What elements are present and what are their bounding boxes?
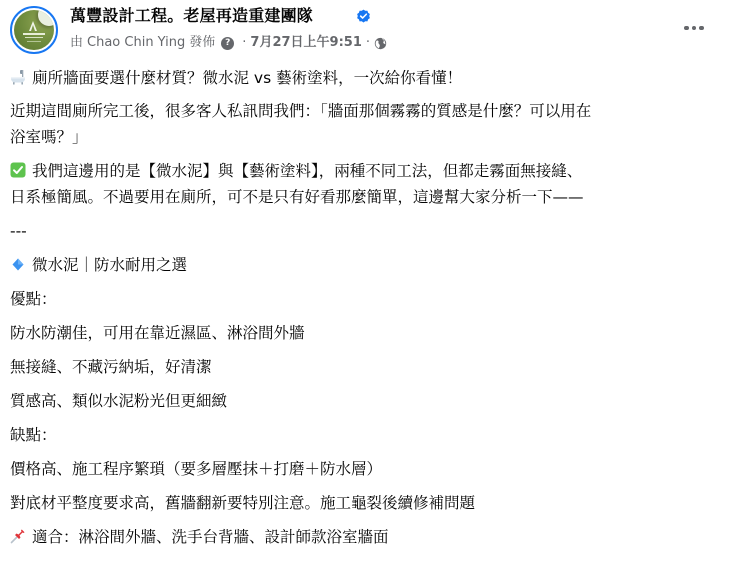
verified-badge-icon xyxy=(356,9,371,24)
pros-item: 質感高、類似水泥粉光但更細緻 xyxy=(10,390,227,412)
section-heading-text: 微水泥｜防水耐用之選 xyxy=(32,256,187,274)
more-dot xyxy=(684,26,689,31)
more-dot xyxy=(699,26,704,31)
summary-line-2: 日系極簡風。不過要用在廁所，可不是只有好看那麼簡單，這邊幫大家分析一下—— xyxy=(10,186,584,208)
logo-mark-icon xyxy=(28,21,38,31)
author-link[interactable]: Chao Chin Ying xyxy=(87,34,185,52)
post-title-text: 廁所牆面要選什麼材質？微水泥 vs 藝術塗料，一次給你看懂！ xyxy=(32,69,462,87)
cons-label: 缺點： xyxy=(10,424,57,446)
post-meta: 由 Chao Chin Ying 發佈 ? · 7月27日上午9:51 · xyxy=(70,33,387,53)
divider-text: --- xyxy=(10,220,27,242)
page-name-link[interactable]: 萬豐設計工程。老屋再造重建團隊 xyxy=(70,6,313,26)
logo-text-line xyxy=(23,33,45,35)
intro-text-line-2: 浴室嗎？」 xyxy=(10,126,88,148)
bathtub-icon xyxy=(10,69,26,85)
post-header: 萬豐設計工程。老屋再造重建團隊 由 Chao Chin Ying 發佈 ? · … xyxy=(0,0,730,62)
separator-dot: · xyxy=(366,34,370,52)
globe-icon[interactable] xyxy=(374,37,387,50)
cons-item: 對底材平整度要求高，舊牆翻新要特別注意。施工龜裂後續修補問題 xyxy=(10,492,475,514)
logo-text-line xyxy=(25,37,43,38)
summary-line-1: 我們這邊用的是【微水泥】與【藝術塗料】，兩種不同工法，但都走霧面無接縫、 xyxy=(10,160,582,182)
separator-dot: · xyxy=(242,34,246,52)
pros-item: 防水防潮佳，可用在靠近濕區、淋浴間外牆 xyxy=(10,322,305,344)
cons-item: 價格高、施工程序繁瑣（要多層壓抹＋打磨＋防水層） xyxy=(10,458,382,480)
intro-text-line-1: 近期這間廁所完工後，很多客人私訊問我們：「牆面那個霧霧的質感是什麼？可以用在 xyxy=(10,100,591,122)
post-timestamp-link[interactable]: 7月27日上午9:51 xyxy=(250,34,361,52)
section-heading: 微水泥｜防水耐用之選 xyxy=(10,254,187,276)
posted-label: 發佈 xyxy=(189,34,215,52)
suitable-line: 適合：淋浴間外牆、洗手台背牆、設計師款浴室牆面 xyxy=(10,526,389,548)
post-title-line: 廁所牆面要選什麼材質？微水泥 vs 藝術塗料，一次給你看懂！ xyxy=(10,67,462,89)
summary-text-1: 我們這邊用的是【微水泥】與【藝術塗料】，兩種不同工法，但都走霧面無接縫、 xyxy=(32,162,582,180)
logo-text-line xyxy=(27,41,41,42)
page-avatar[interactable] xyxy=(10,6,58,54)
check-mark-button-icon xyxy=(10,162,26,178)
pushpin-icon xyxy=(10,528,26,544)
avatar-peel-decoration xyxy=(38,10,54,26)
by-label: 由 xyxy=(70,34,83,52)
avatar-image xyxy=(14,10,54,50)
pros-label: 優點： xyxy=(10,288,57,310)
help-question-icon[interactable]: ? xyxy=(221,37,234,50)
pros-item: 無接縫、不藏污納垢，好清潔 xyxy=(10,356,212,378)
more-dot xyxy=(692,26,697,31)
blue-diamond-icon xyxy=(10,256,26,272)
more-options-button[interactable] xyxy=(676,16,712,40)
suitable-text: 適合：淋浴間外牆、洗手台背牆、設計師款浴室牆面 xyxy=(32,528,389,546)
